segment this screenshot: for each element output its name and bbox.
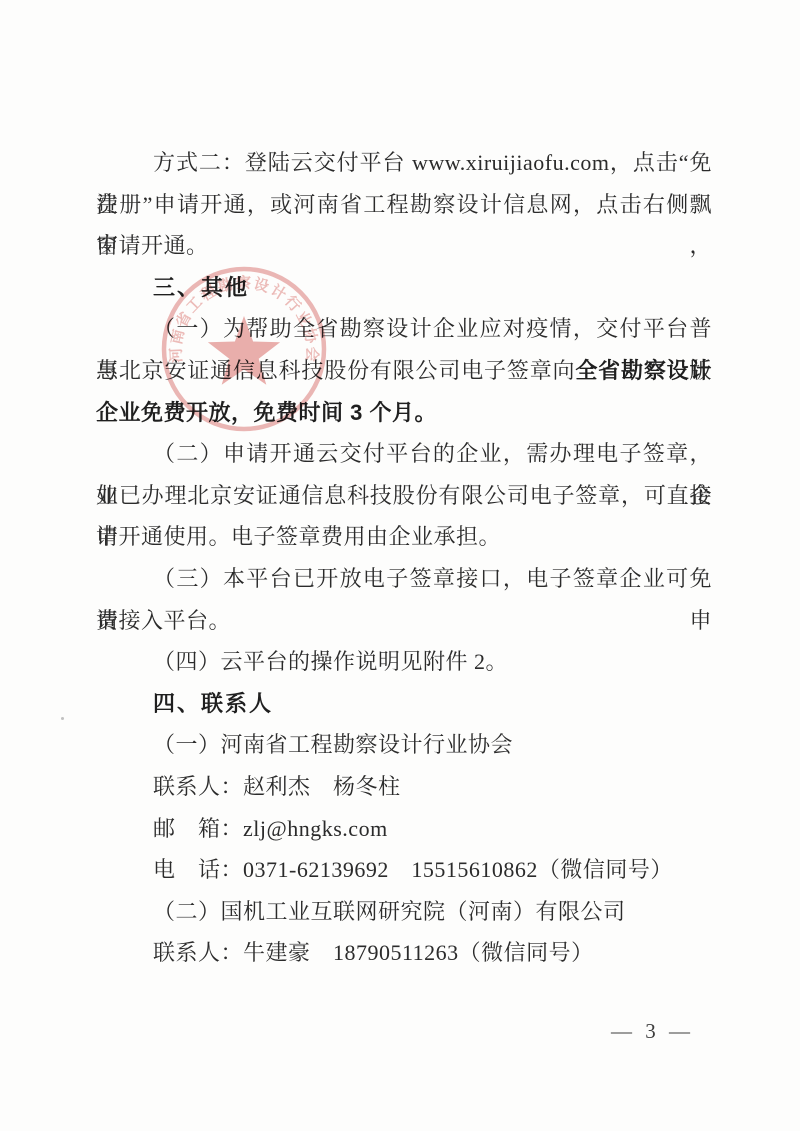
contact2-org: （二）国机工业互联网研究院（河南）有限公司 bbox=[96, 891, 712, 933]
scan-speck bbox=[61, 717, 64, 720]
item2-line3: 请开通使用。电子签章费用由企业承担。 bbox=[96, 516, 712, 558]
para-method2-line2: 注册”申请开通，或河南省工程勘察设计信息网，点击右侧飘窗， bbox=[96, 184, 712, 226]
page-number: — 3 — bbox=[611, 1019, 694, 1044]
item1-line2-bold: 全省勘察设计 bbox=[575, 358, 712, 383]
contact1-phone: 电 话：0371-62139692 15515610862（微信同号） bbox=[96, 849, 712, 891]
document-body: 方式二：登陆云交付平台 www.xiruijiaofu.com，点击“免费 注册… bbox=[96, 142, 712, 974]
item1-line2: 与北京安证通信息科技股份有限公司电子签章向全省勘察设计 bbox=[96, 350, 712, 392]
para-method2-line1: 方式二：登陆云交付平台 www.xiruijiaofu.com，点击“免费 bbox=[96, 142, 712, 184]
item2-line1: （二）申请开通云交付平台的企业，需办理电子签章，如企 bbox=[96, 433, 712, 475]
section-heading-three: 三、其他 bbox=[96, 267, 712, 309]
contact1-person: 联系人：赵利杰 杨冬柱 bbox=[96, 766, 712, 808]
item4-line: （四）云平台的操作说明见附件 2。 bbox=[96, 641, 712, 683]
item1-line1: （一）为帮助全省勘察设计企业应对疫情，交付平台普惠版 bbox=[96, 308, 712, 350]
item3-line1: （三）本平台已开放电子签章接口，电子签章企业可免费申 bbox=[96, 558, 712, 600]
contact1-org: （一）河南省工程勘察设计行业协会 bbox=[96, 724, 712, 766]
contact2-person: 联系人：牛建豪 18790511263（微信同号） bbox=[96, 932, 712, 974]
item1-line3-bold: 企业免费开放，免费时间 3 个月。 bbox=[96, 392, 712, 434]
section-heading-four: 四、联系人 bbox=[96, 683, 712, 725]
item1-line2-normal: 与北京安证通信息科技股份有限公司电子签章向 bbox=[96, 358, 575, 383]
item2-line2: 业已办理北京安证通信息科技股份有限公司电子签章，可直接申 bbox=[96, 475, 712, 517]
contact1-email: 邮 箱：zlj@hngks.com bbox=[96, 808, 712, 850]
